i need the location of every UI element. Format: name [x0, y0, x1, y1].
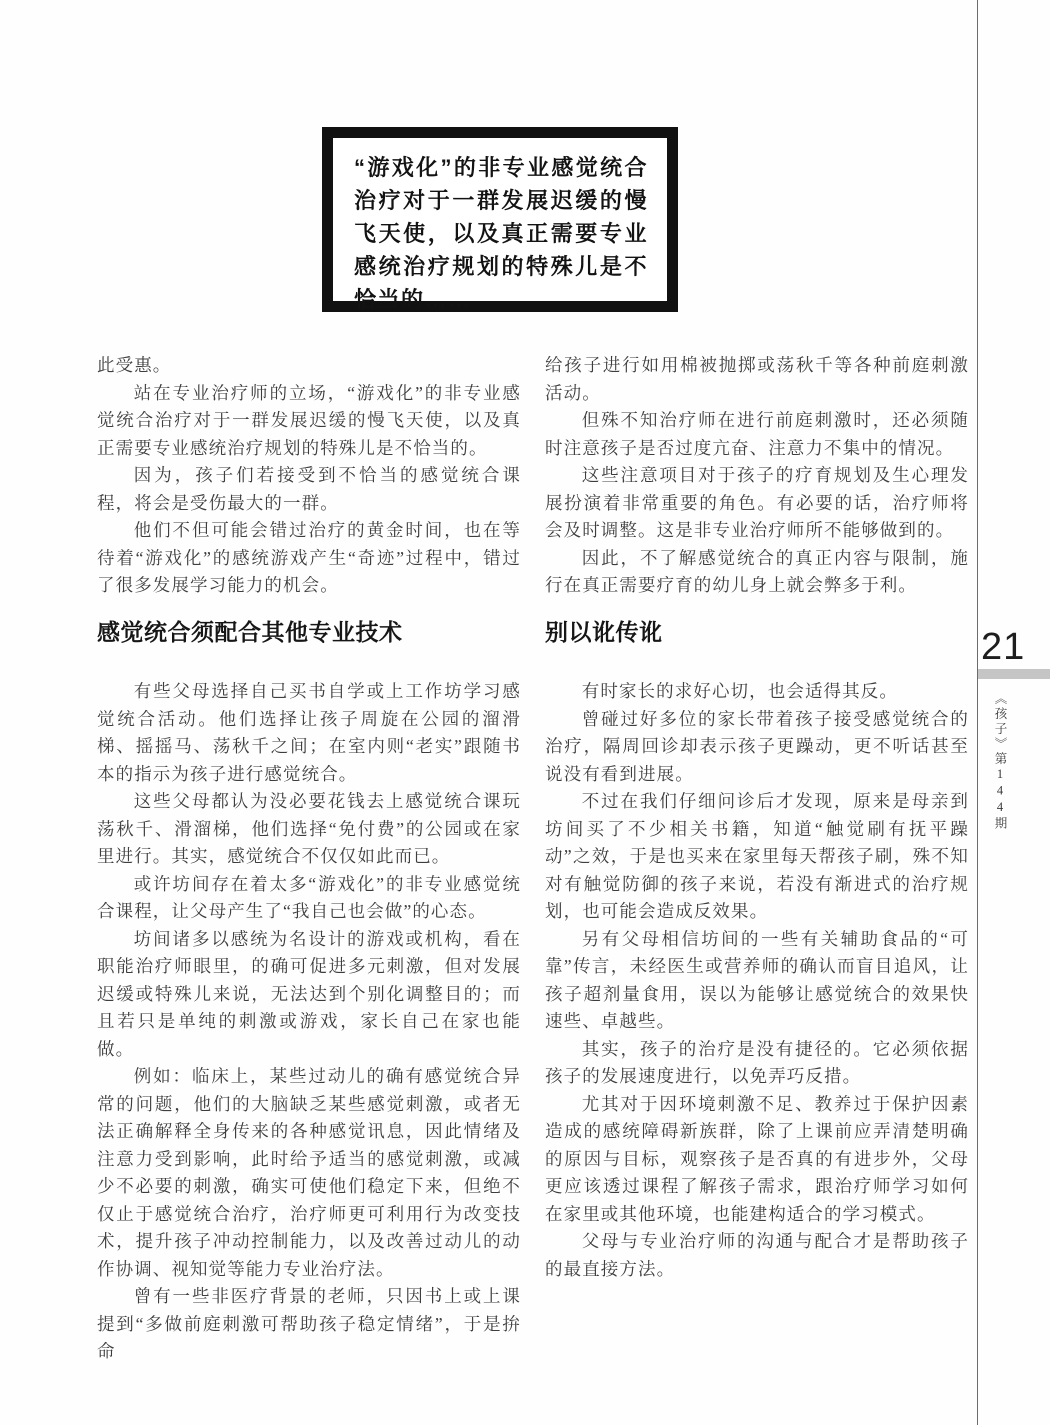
magazine-page: “游戏化”的非专业感觉统合治疗对于一群发展迟缓的慢飞天使，以及真正需要专业感统治…: [0, 0, 1050, 1425]
paragraph: 或许坊间存在着太多“游戏化”的非专业感觉统合课程，让父母产生了“我自己也会做”的…: [97, 871, 521, 926]
paragraph: 有些父母选择自己买书自学或上工作坊学习感觉统合活动。他们选择让孩子周旋在公园的溜…: [97, 678, 521, 788]
paragraph: 另有父母相信坊间的一些有关辅助食品的“可靠”传言，未经医生或营养师的确认而盲目追…: [545, 926, 969, 1036]
paragraph: 曾碰过好多位的家长带着孩子接受感觉统合的治疗，隔周回诊却表示孩子更躁动，更不听话…: [545, 706, 969, 789]
paragraph: 例如：临床上，某些过动儿的确有感觉统合异常的问题，他们的大脑缺乏某些感觉刺激，或…: [97, 1063, 521, 1283]
paragraph: 父母与专业治疗师的沟通与配合才是帮助孩子的最直接方法。: [545, 1228, 969, 1283]
issue-divider-bar: [978, 669, 1050, 679]
paragraph: 坊间诸多以感统为名设计的游戏或机构，看在职能治疗师眼里，的确可促进多元刺激，但对…: [97, 926, 521, 1064]
paragraph: 尤其对于因环境刺激不足、教养过于保护因素造成的感统障碍新族群，除了上课前应弄清楚…: [545, 1091, 969, 1229]
paragraph: 此受惠。: [97, 352, 521, 380]
section-heading-right: 别以讹传讹: [545, 617, 663, 647]
paragraph: 因为，孩子们若接受到不恰当的感觉统合课程，将会是受伤最大的一群。: [97, 462, 521, 517]
page-edge-rule: [977, 0, 978, 1425]
section-heading-left: 感觉统合须配合其他专业技术: [97, 617, 403, 647]
paragraph: 但殊不知治疗师在进行前庭刺激时，还必须随时注意孩子是否过度亢奋、注意力不集中的情…: [545, 407, 969, 462]
left-column-top: 此受惠。 站在专业治疗师的立场，“游戏化”的非专业感觉统合治疗对于一群发展迟缓的…: [97, 352, 521, 600]
journal-issue-vertical: 《孩子》第144期: [991, 692, 1009, 842]
paragraph: 站在专业治疗师的立场，“游戏化”的非专业感觉统合治疗对于一群发展迟缓的慢飞天使，…: [97, 380, 521, 463]
left-column-body: 有些父母选择自己买书自学或上工作坊学习感觉统合活动。他们选择让孩子周旋在公园的溜…: [97, 678, 521, 1366]
paragraph: 这些父母都认为没必要花钱去上感觉统合课玩荡秋千、滑溜梯，他们选择“免付费”的公园…: [97, 788, 521, 871]
paragraph: 因此，不了解感觉统合的真正内容与限制，施行在真正需要疗育的幼儿身上就会弊多于利。: [545, 545, 969, 600]
right-column-top: 给孩子进行如用棉被抛掷或荡秋千等各种前庭刺激活动。 但殊不知治疗师在进行前庭刺激…: [545, 352, 969, 600]
paragraph: 曾有一些非医疗背景的老师，只因书上或上课提到“多做前庭刺激可帮助孩子稳定情绪”，…: [97, 1283, 521, 1366]
pull-quote-text: “游戏化”的非专业感觉统合治疗对于一群发展迟缓的慢飞天使，以及真正需要专业感统治…: [354, 151, 648, 316]
right-column-body: 有时家长的求好心切，也会适得其反。 曾碰过好多位的家长带着孩子接受感觉统合的治疗…: [545, 678, 969, 1283]
paragraph: 他们不但可能会错过治疗的黄金时间，也在等待着“游戏化”的感统游戏产生“奇迹”过程…: [97, 517, 521, 600]
paragraph: 给孩子进行如用棉被抛掷或荡秋千等各种前庭刺激活动。: [545, 352, 969, 407]
paragraph: 不过在我们仔细问诊后才发现，原来是母亲到坊间买了不少相关书籍，知道“触觉刷有抚平…: [545, 788, 969, 926]
pull-quote-box: “游戏化”的非专业感觉统合治疗对于一群发展迟缓的慢飞天使，以及真正需要专业感统治…: [322, 127, 678, 312]
paragraph: 其实，孩子的治疗是没有捷径的。它必须依据孩子的发展速度进行，以免弄巧反措。: [545, 1036, 969, 1091]
paragraph: 这些注意项目对于孩子的疗育规划及生心理发展扮演着非常重要的角色。有必要的话，治疗…: [545, 462, 969, 545]
page-number: 21: [981, 626, 1025, 668]
paragraph: 有时家长的求好心切，也会适得其反。: [545, 678, 969, 706]
